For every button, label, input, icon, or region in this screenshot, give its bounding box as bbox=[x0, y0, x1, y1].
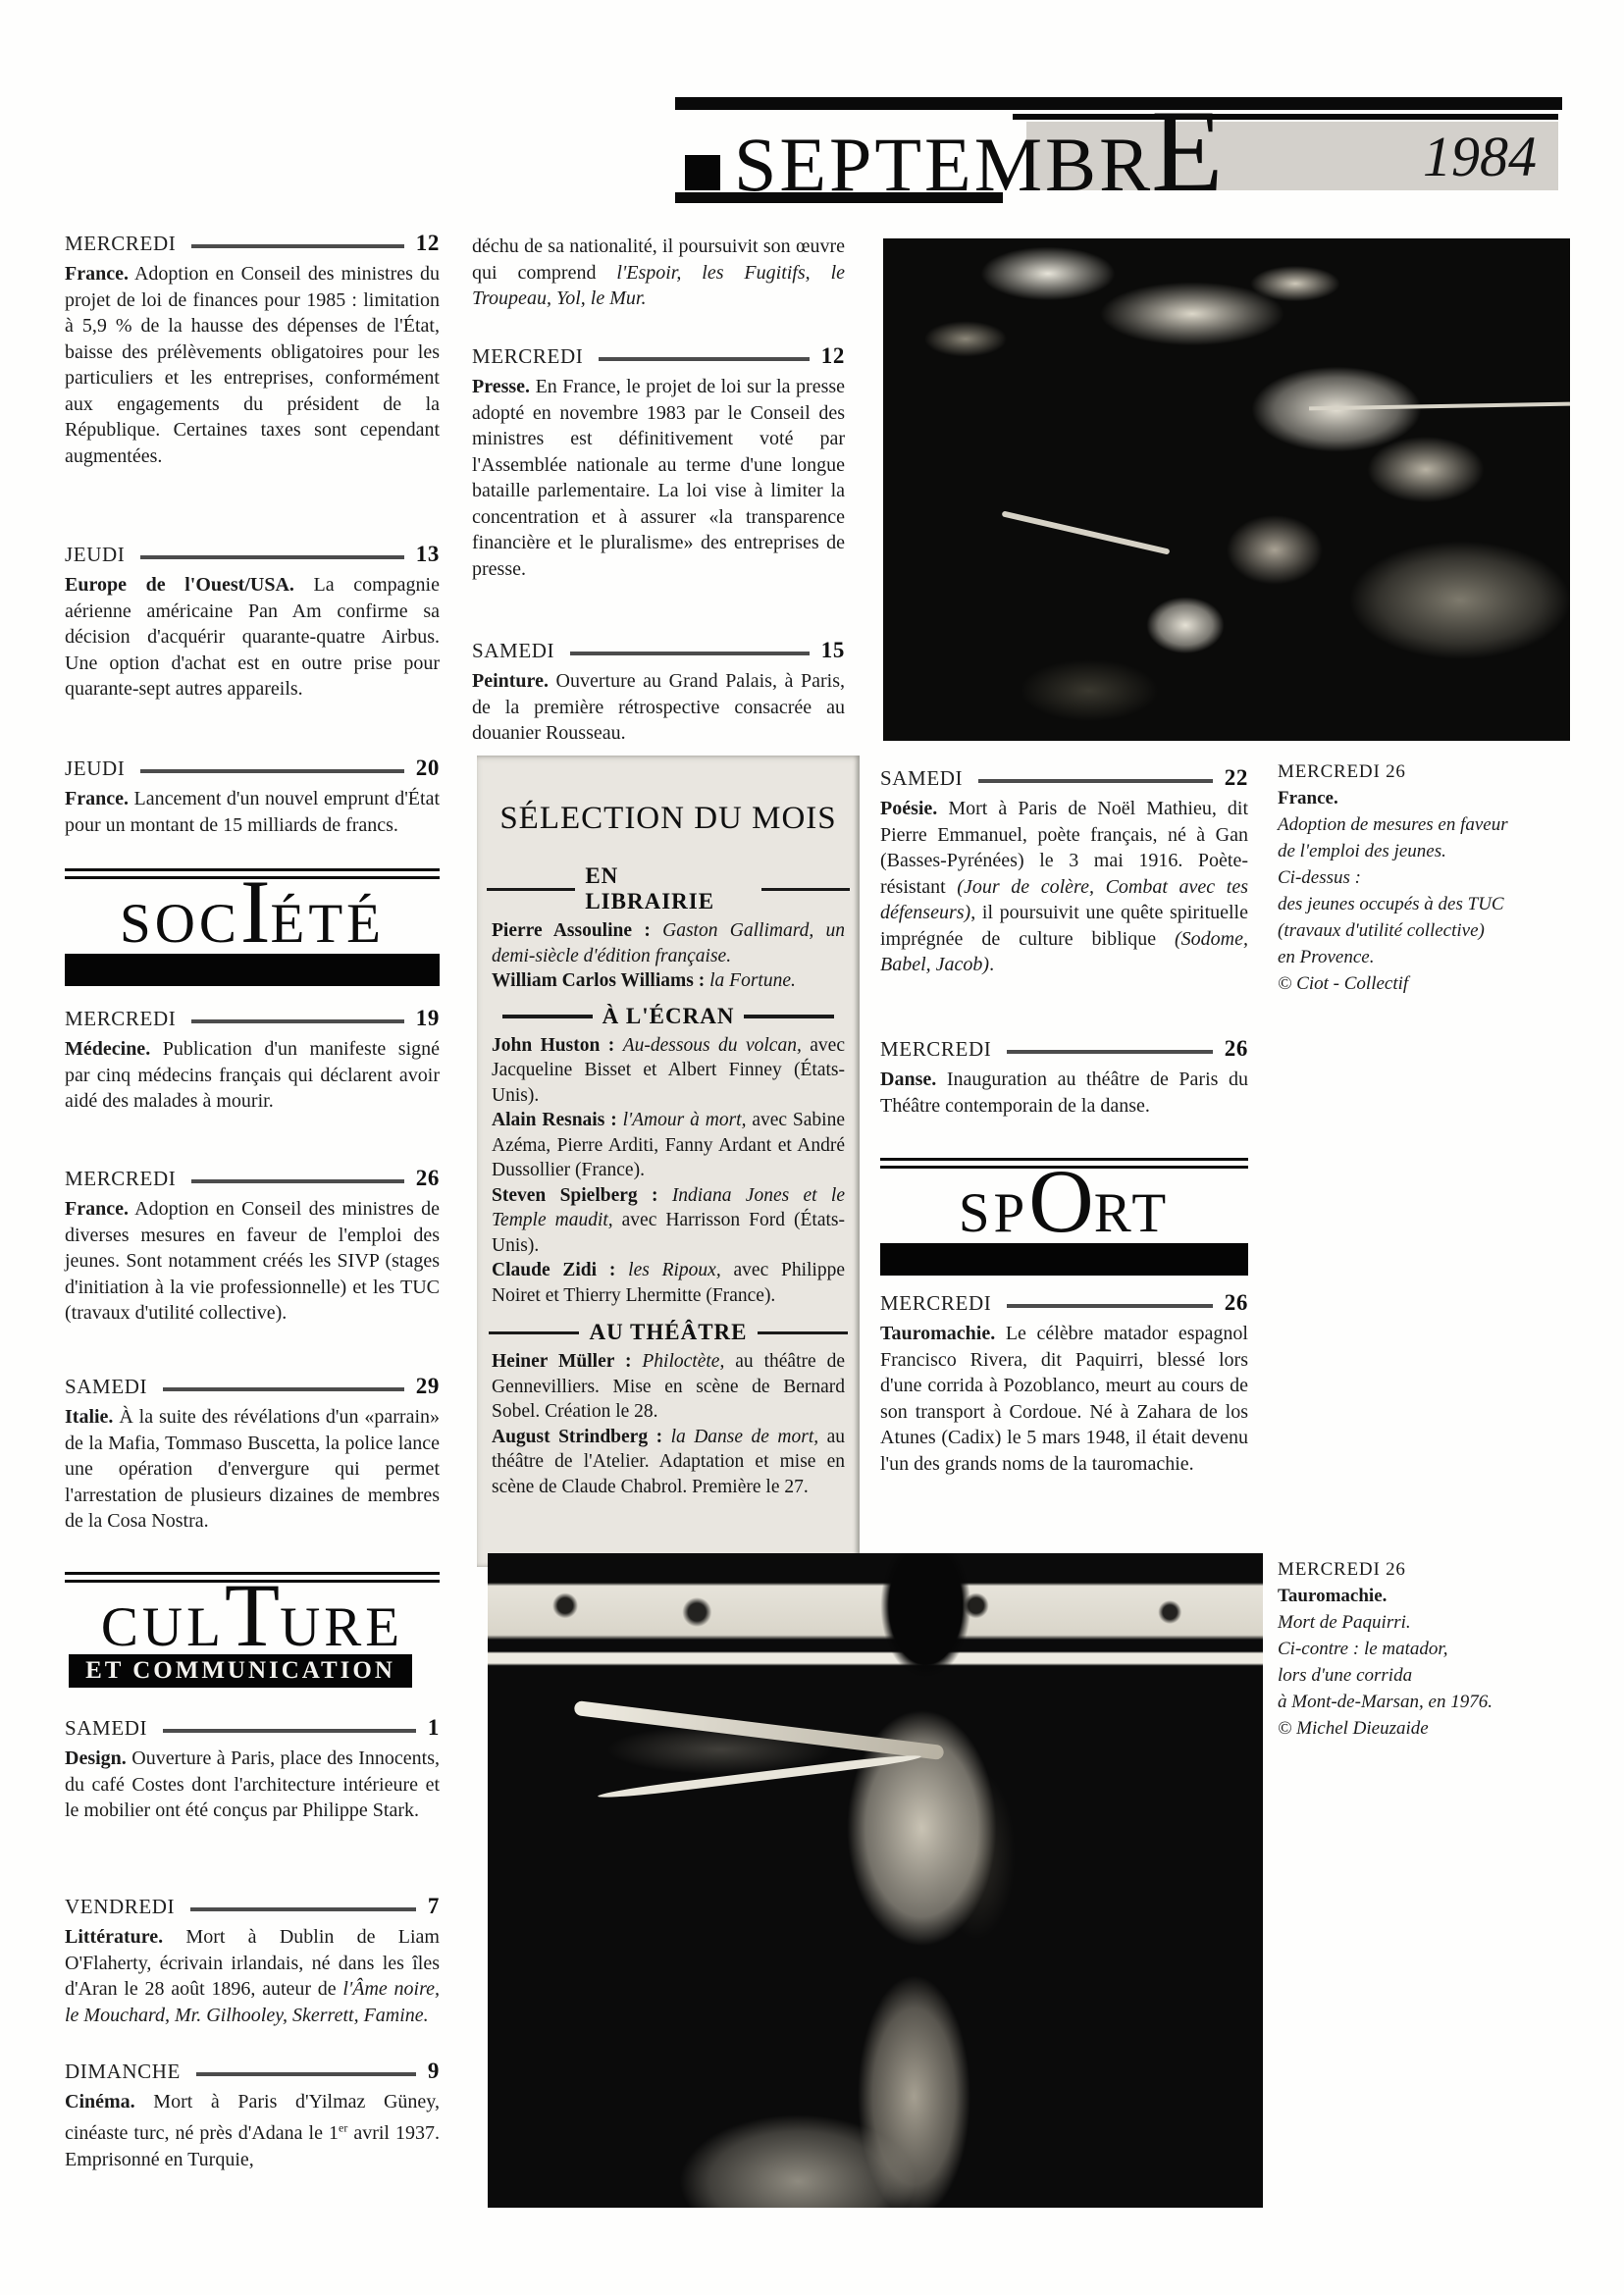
selection-item: Steven Spielberg : Indiana Jones et le T… bbox=[477, 1183, 860, 1259]
selection-subhead-ecran: À L'ÉCRAN bbox=[477, 1004, 860, 1029]
caption-lead: Tauromachie. bbox=[1278, 1583, 1601, 1609]
tuc-workers-photo bbox=[883, 238, 1570, 741]
tool-handle-shape bbox=[1002, 510, 1171, 554]
heading-rule bbox=[1007, 1304, 1212, 1308]
day-number: 26 bbox=[416, 1166, 440, 1191]
selection-subhead-librairie: EN LIBRAIRIE bbox=[477, 863, 860, 914]
heading-rule bbox=[163, 1387, 404, 1391]
entry-lead: Italie. bbox=[65, 1406, 113, 1428]
entry-lead: Danse. bbox=[880, 1069, 936, 1090]
day-number: 20 bbox=[416, 756, 440, 781]
subhead-rule bbox=[489, 1331, 579, 1335]
entry-lead: Poésie. bbox=[880, 798, 937, 819]
heading-rule bbox=[1007, 1050, 1212, 1054]
entry-body: Adoption en Conseil des ministres du pro… bbox=[65, 263, 440, 467]
heading-rule bbox=[978, 779, 1213, 783]
day-label: JEUDI bbox=[65, 543, 125, 567]
day-label: SAMEDI bbox=[472, 639, 554, 663]
heading-rule bbox=[196, 2072, 416, 2076]
day-number: 9 bbox=[428, 2059, 440, 2084]
section-black-bar bbox=[880, 1243, 1248, 1276]
entry-day-heading: MERCREDI 26 bbox=[65, 1166, 440, 1191]
entry-day-heading: MERCREDI 19 bbox=[65, 1006, 440, 1031]
entry-lead: Presse. bbox=[472, 376, 530, 397]
entry-body: Inauguration au théâtre de Paris du Théâ… bbox=[880, 1069, 1248, 1117]
caption-lead: France. bbox=[1278, 785, 1601, 811]
entry-lead: Tauromachie. bbox=[880, 1323, 995, 1344]
matador-arm-shape bbox=[573, 1700, 944, 1760]
entry-day-heading: VENDREDI 7 bbox=[65, 1894, 440, 1919]
entry-vendredi-7: VENDREDI 7 Littérature. Mort à Dublin de… bbox=[65, 1894, 440, 2028]
day-number: 13 bbox=[416, 542, 440, 567]
selection-subhead-theatre: AU THÉÂTRE bbox=[477, 1320, 860, 1345]
selection-item: John Huston : Au-dessous du volcan, avec… bbox=[477, 1033, 860, 1109]
entry-lead: Littérature. bbox=[65, 1926, 163, 1948]
entry-lead: Médecine. bbox=[65, 1038, 150, 1060]
day-label: MERCREDI bbox=[880, 1291, 991, 1316]
day-number: 1 bbox=[428, 1715, 440, 1741]
heading-rule bbox=[140, 555, 403, 559]
day-label: SAMEDI bbox=[65, 1375, 147, 1399]
entry-day-heading: MERCREDI 26 bbox=[880, 1290, 1248, 1316]
tool-handle-shape bbox=[1309, 402, 1570, 411]
entry-mercredi-12-presse: MERCREDI 12 Presse. En France, le projet… bbox=[472, 343, 845, 582]
photo-caption-tuc: MERCREDI 26 France. Adoption de mesures … bbox=[1278, 758, 1601, 997]
selection-item: Claude Zidi : les Ripoux, avec Philippe … bbox=[477, 1258, 860, 1308]
section-title: SPORT bbox=[880, 1156, 1248, 1246]
magazine-page: 1984 SEPTEMBR E MERCREDI 12 France. Adop… bbox=[0, 0, 1624, 2295]
caption-day: MERCREDI 26 bbox=[1278, 1556, 1601, 1583]
entry-samedi-29: SAMEDI 29 Italie. À la suite des révélat… bbox=[65, 1374, 440, 1535]
heading-rule bbox=[191, 1179, 403, 1183]
heading-rule bbox=[140, 769, 403, 773]
entry-day-heading: SAMEDI 1 bbox=[65, 1715, 440, 1741]
day-label: MERCREDI bbox=[65, 1167, 176, 1191]
day-number: 12 bbox=[821, 343, 845, 369]
day-label: VENDREDI bbox=[65, 1895, 175, 1919]
heading-rule bbox=[191, 244, 403, 248]
subhead-rule bbox=[758, 1331, 848, 1335]
day-label: JEUDI bbox=[65, 756, 125, 781]
entry-lead: France. bbox=[65, 1198, 129, 1220]
day-number: 7 bbox=[428, 1894, 440, 1919]
selection-title: SÉLECTION DU MOIS bbox=[477, 801, 860, 837]
selection-item: Alain Resnais : l'Amour à mort, avec Sab… bbox=[477, 1108, 860, 1183]
entry-lead: Europe de l'Ouest/USA. bbox=[65, 574, 294, 596]
entry-dimanche-9: DIMANCHE 9 Cinéma. Mort à Paris d'Yilmaz… bbox=[65, 2059, 440, 2172]
section-title: SOCIÉTÉ bbox=[65, 866, 440, 957]
masthead-title-big-letter: E bbox=[1151, 83, 1223, 219]
entry-lead: France. bbox=[65, 263, 129, 285]
section-black-bar bbox=[65, 954, 440, 986]
day-label: SAMEDI bbox=[65, 1716, 147, 1741]
caption-day: MERCREDI 26 bbox=[1278, 758, 1601, 785]
section-black-bar: ET COMMUNICATION bbox=[69, 1654, 412, 1688]
day-number: 26 bbox=[1225, 1290, 1248, 1316]
day-number: 15 bbox=[821, 638, 845, 663]
day-label: MERCREDI bbox=[472, 344, 583, 369]
section-title: CULTURE bbox=[65, 1570, 440, 1660]
day-number: 22 bbox=[1225, 765, 1248, 791]
subhead-rule bbox=[487, 888, 575, 892]
entry-day-heading: SAMEDI 29 bbox=[65, 1374, 440, 1399]
section-header-sport: SPORT bbox=[880, 1158, 1248, 1278]
caption-text: Adoption de mesures en faveurde l'emploi… bbox=[1278, 811, 1601, 997]
entry-body: Le célèbre matador espagnol Francisco Ri… bbox=[880, 1323, 1248, 1475]
selection-item: August Strindberg : la Danse de mort, au… bbox=[477, 1425, 860, 1500]
selection-item: William Carlos Williams : la Fortune. bbox=[477, 968, 860, 994]
entry-day-heading: SAMEDI 15 bbox=[472, 638, 845, 663]
entry-body: En France, le projet de loi sur la press… bbox=[472, 376, 845, 580]
entry-lead: Peinture. bbox=[472, 670, 549, 692]
entry-day-heading: MERCREDI 12 bbox=[65, 231, 440, 256]
section-header-societe: SOCIÉTÉ bbox=[65, 868, 440, 988]
caption-text: Mort de Paquirri.Ci-contre : le matador,… bbox=[1278, 1609, 1601, 1742]
entry-mercredi-19: MERCREDI 19 Médecine. Publication d'un m… bbox=[65, 1006, 440, 1115]
entry-samedi-15: SAMEDI 15 Peinture. Ouverture au Grand P… bbox=[472, 638, 845, 747]
masthead-year: 1984 bbox=[1423, 124, 1537, 189]
entry-mercredi-26-danse: MERCREDI 26 Danse. Inauguration au théât… bbox=[880, 1036, 1248, 1119]
day-label: MERCREDI bbox=[65, 1007, 176, 1031]
heading-rule bbox=[191, 1019, 403, 1023]
selection-du-mois-panel: SÉLECTION DU MOIS EN LIBRAIRIE Pierre As… bbox=[477, 756, 860, 1567]
cape-edge-shape bbox=[597, 1752, 920, 1800]
entry-lead: Design. bbox=[65, 1747, 127, 1769]
entry-day-heading: MERCREDI 12 bbox=[472, 343, 845, 369]
entry-mercredi-26-france: MERCREDI 26 France. Adoption en Conseil … bbox=[65, 1166, 440, 1327]
day-number: 26 bbox=[1225, 1036, 1248, 1062]
entry-day-heading: JEUDI 13 bbox=[65, 542, 440, 567]
selection-item: Pierre Assouline : Gaston Gallimard, un … bbox=[477, 918, 860, 968]
section-header-culture: CULTURE ET COMMUNICATION bbox=[65, 1572, 440, 1692]
selection-item: Heiner Müller : Philoctète, au théâtre d… bbox=[477, 1349, 860, 1425]
entry-lead: Cinéma. bbox=[65, 2091, 135, 2112]
entry-body: déchu de sa nationalité, il poursuivit s… bbox=[472, 235, 845, 309]
entry-samedi-22: SAMEDI 22 Poésie. Mort à Paris de Noël M… bbox=[880, 765, 1248, 978]
entry-jeudi-20: JEUDI 20 France. Lancement d'un nouvel e… bbox=[65, 756, 440, 838]
day-number: 29 bbox=[416, 1374, 440, 1399]
entry-day-heading: SAMEDI 22 bbox=[880, 765, 1248, 791]
entry-lead: France. bbox=[65, 788, 129, 809]
section-subtitle: ET COMMUNICATION bbox=[85, 1657, 395, 1685]
heading-rule bbox=[570, 652, 810, 655]
day-label: MERCREDI bbox=[65, 232, 176, 256]
square-bullet-icon bbox=[685, 155, 720, 190]
matador-photo bbox=[488, 1553, 1263, 2208]
subhead-rule bbox=[502, 1015, 593, 1018]
subhead-rule bbox=[761, 888, 850, 892]
entry-day-heading: DIMANCHE 9 bbox=[65, 2059, 440, 2084]
heading-rule bbox=[599, 357, 809, 361]
day-label: DIMANCHE bbox=[65, 2060, 181, 2084]
entry-continuation: déchu de sa nationalité, il poursuivit s… bbox=[472, 234, 845, 312]
day-label: MERCREDI bbox=[880, 1037, 991, 1062]
entry-body: Mort à Paris de Noël Mathieu, dit Pierre… bbox=[880, 798, 1248, 975]
heading-rule bbox=[163, 1729, 416, 1733]
entry-jeudi-13: JEUDI 13 Europe de l'Ouest/USA. La compa… bbox=[65, 542, 440, 703]
entry-samedi-1: SAMEDI 1 Design. Ouverture à Paris, plac… bbox=[65, 1715, 440, 1824]
day-number: 19 bbox=[416, 1006, 440, 1031]
masthead-bottom-rule bbox=[675, 192, 1003, 203]
day-number: 12 bbox=[416, 231, 440, 256]
entry-mercredi-12-france: MERCREDI 12 France. Adoption en Conseil … bbox=[65, 231, 440, 469]
entry-body: À la suite des révélations d'un «parrain… bbox=[65, 1406, 440, 1532]
entry-day-heading: MERCREDI 26 bbox=[880, 1036, 1248, 1062]
entry-mercredi-26-tauromachie: MERCREDI 26 Tauromachie. Le célèbre mata… bbox=[880, 1290, 1248, 1477]
day-label: SAMEDI bbox=[880, 766, 963, 791]
entry-day-heading: JEUDI 20 bbox=[65, 756, 440, 781]
heading-rule bbox=[190, 1907, 416, 1911]
subhead-rule bbox=[744, 1015, 834, 1018]
photo-caption-matador: MERCREDI 26 Tauromachie. Mort de Paquirr… bbox=[1278, 1556, 1601, 1742]
